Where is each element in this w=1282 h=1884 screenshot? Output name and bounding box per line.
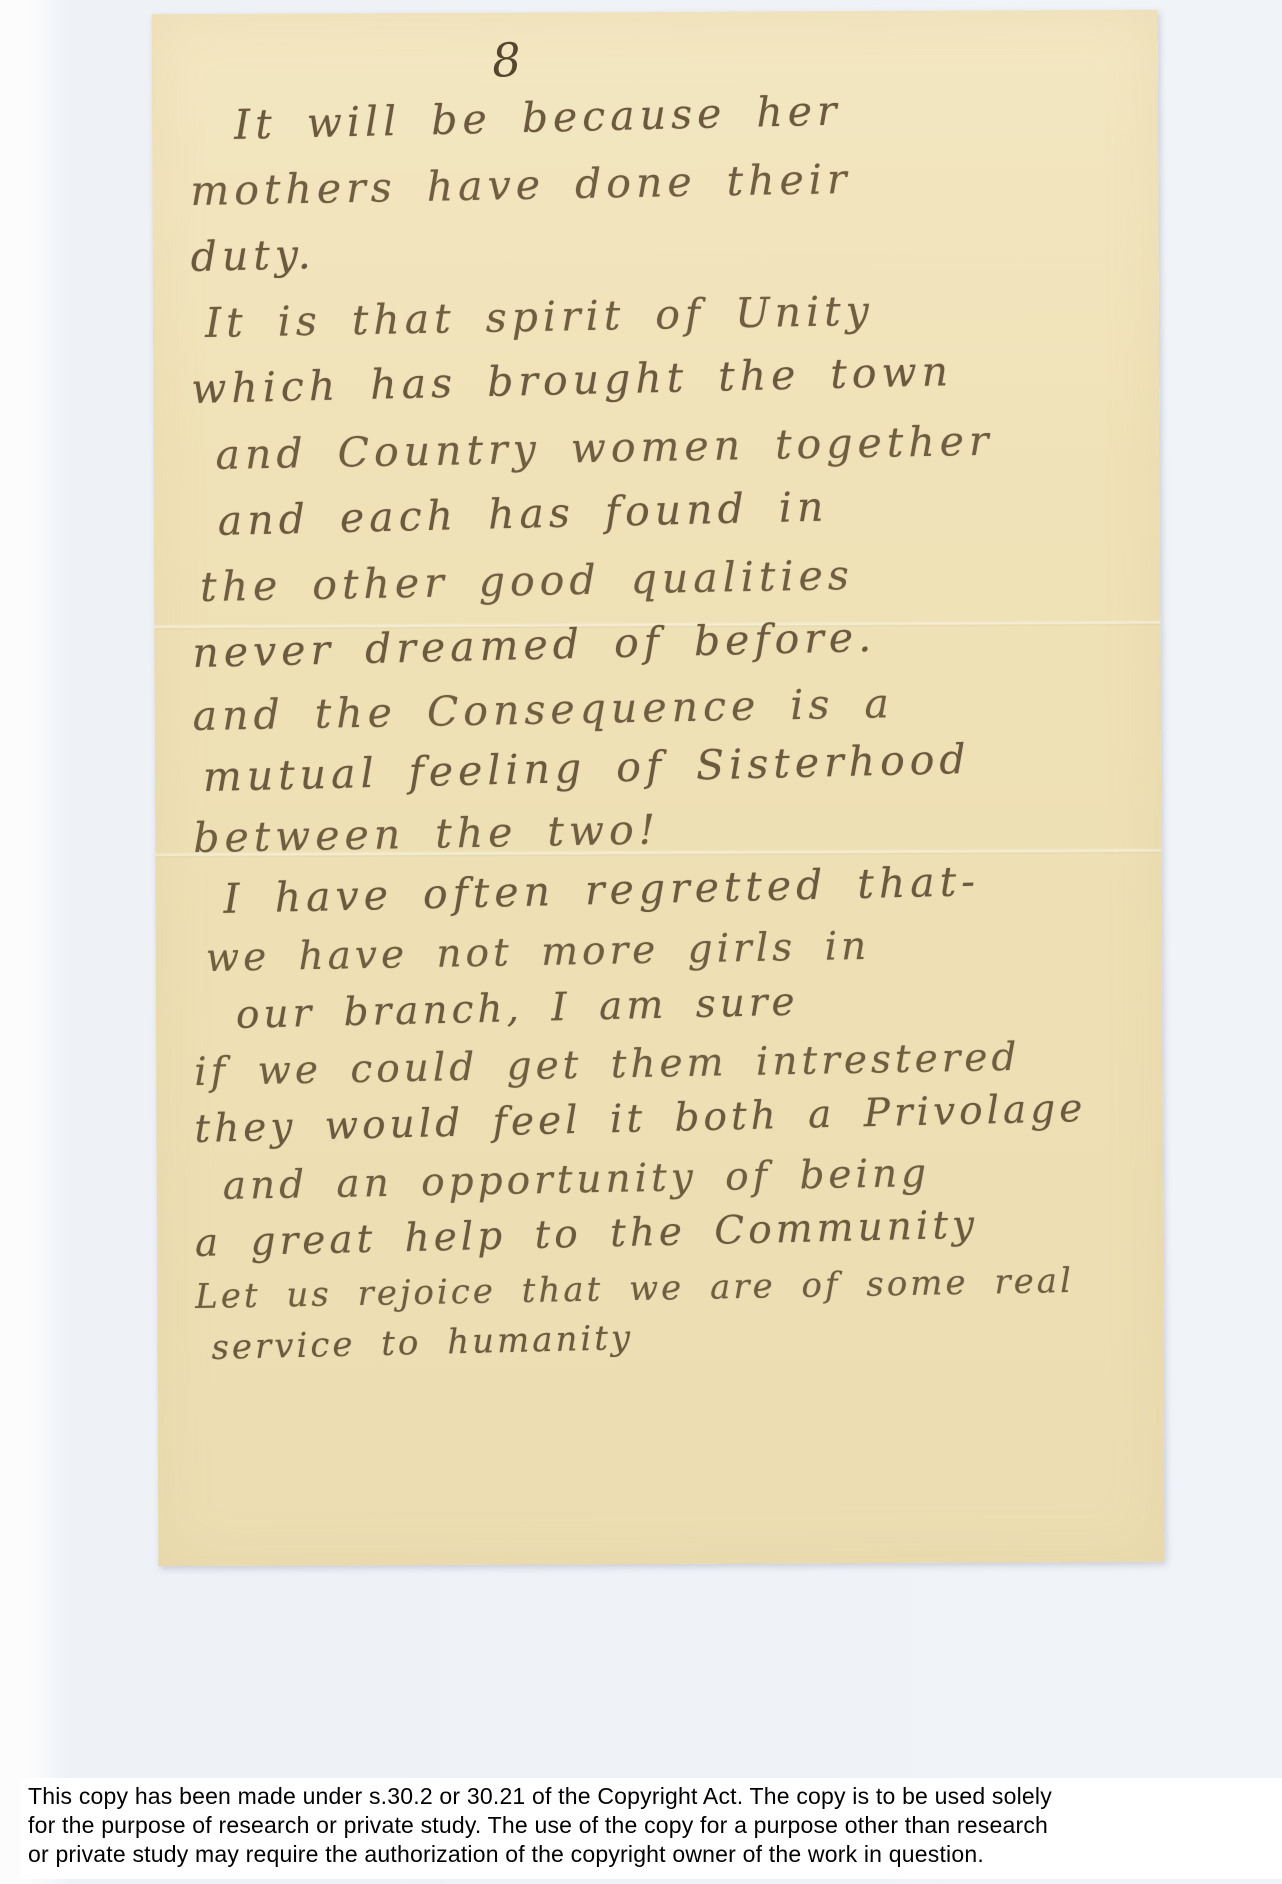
page-number: 8 <box>490 31 534 88</box>
scanned-letter-page: 8 It will be because hermothers have don… <box>152 10 1165 1566</box>
copyright-notice-line: or private study may require the authori… <box>28 1840 1274 1869</box>
copyright-notice-line: This copy has been made under s.30.2 or … <box>28 1782 1274 1811</box>
copyright-notice-line: for the purpose of research or private s… <box>28 1811 1274 1840</box>
copyright-notice: This copy has been made under s.30.2 or … <box>20 1778 1282 1879</box>
letter-body: It will be because hermothers have done … <box>152 88 1164 1374</box>
